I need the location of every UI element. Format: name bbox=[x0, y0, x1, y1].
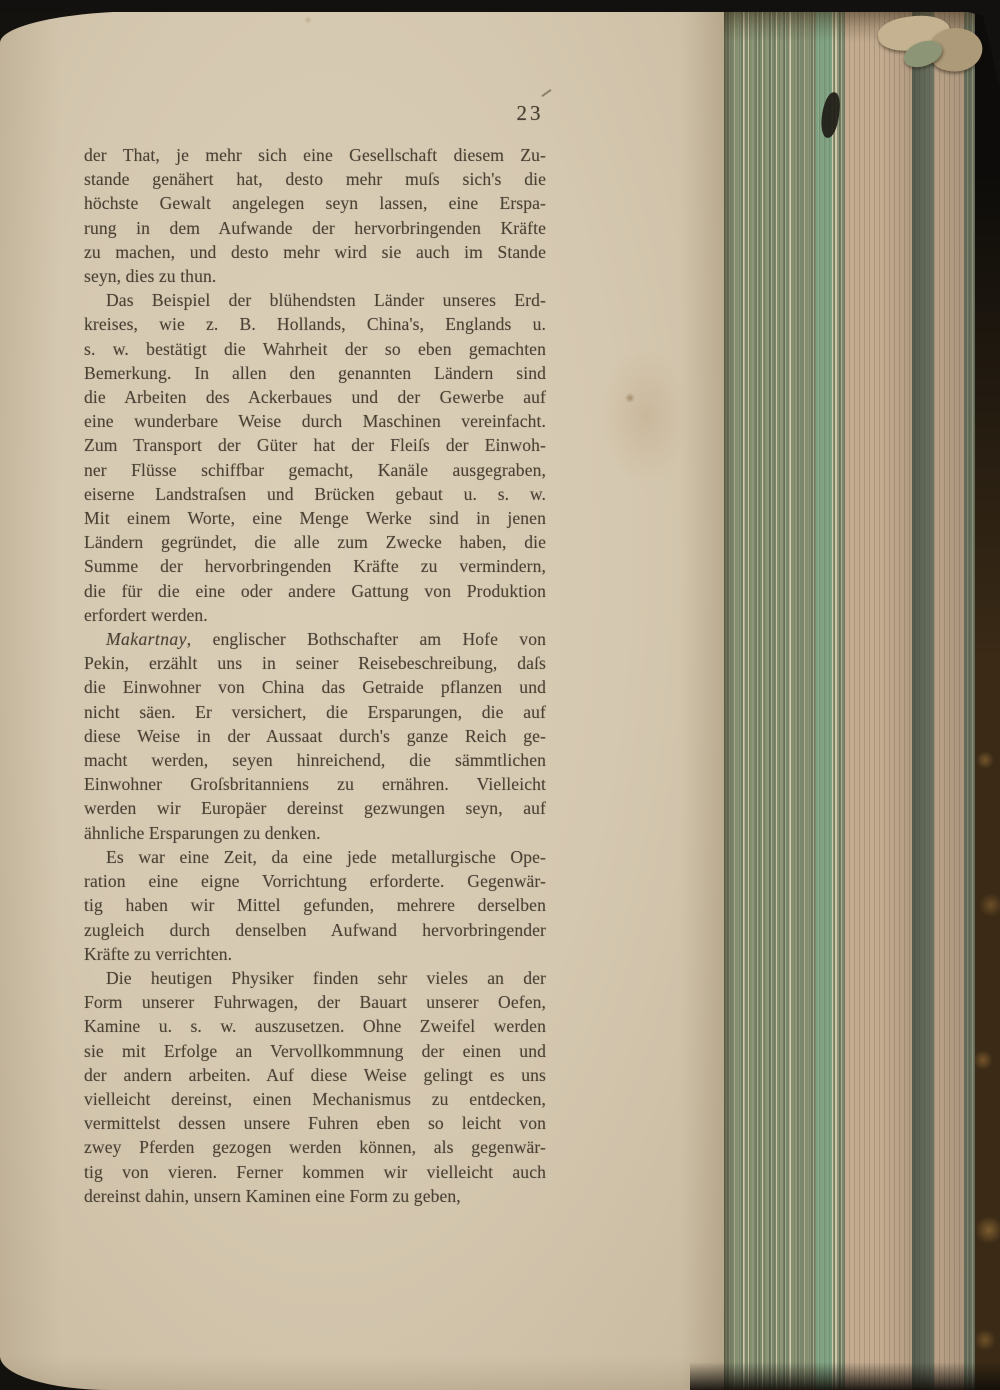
text-line: s. w. bestätigt die Wahrheit der so eben… bbox=[84, 337, 546, 361]
text-line: Ländern gegründet, die alle zum Zwecke h… bbox=[84, 530, 546, 554]
text-line: eine wunderbare Weise durch Maschinen ve… bbox=[84, 409, 546, 433]
text-line: rung in dem Aufwande der hervorbringende… bbox=[84, 216, 546, 240]
book-scan: 23 der That, je mehr sich eine Gesellsch… bbox=[0, 0, 1000, 1390]
text-line: ration eine eigne Vorrichtung erforderte… bbox=[84, 869, 546, 893]
text-line: vermittelst dessen unsere Fuhren eben so… bbox=[84, 1111, 546, 1135]
text-line: stande genähert hat, desto mehr muſs sic… bbox=[84, 167, 546, 191]
text-line: ner Flüsse schiffbar gemacht, Kanäle aus… bbox=[84, 458, 546, 482]
text-line: zugleich durch denselben Aufwand hervorb… bbox=[84, 918, 546, 942]
text-line: Das Beispiel der blühendsten Länder unse… bbox=[84, 288, 546, 312]
text-line: Form unserer Fuhrwagen, der Bauart unser… bbox=[84, 990, 546, 1014]
text-line: Pekin, erzählt uns in seiner Reisebeschr… bbox=[84, 651, 546, 675]
text-line: macht werden, seyen hinreichend, die säm… bbox=[84, 748, 546, 772]
text-line: kreises, wie z. B. Hollands, China's, En… bbox=[84, 312, 546, 336]
text-line: werden wir Europäer dereinst gezwungen s… bbox=[84, 796, 546, 820]
text-line: die Arbeiten des Ackerbaues und der Gewe… bbox=[84, 385, 546, 409]
text-line: die Einwohner von China das Getraide pfl… bbox=[84, 675, 546, 699]
text-line: Mit einem Worte, eine Menge Werke sind i… bbox=[84, 506, 546, 530]
text-line: seyn, dies zu thun. bbox=[84, 264, 546, 288]
text-line: der That, je mehr sich eine Gesellschaft… bbox=[84, 143, 546, 167]
page-number: 23 bbox=[504, 101, 556, 126]
text-line: vielleicht dereinst, einen Mechanismus z… bbox=[84, 1087, 546, 1111]
text-line: der andern arbeiten. Auf diese Weise gel… bbox=[84, 1063, 546, 1087]
text-line: tig haben wir Mittel gefunden, mehrere d… bbox=[84, 893, 546, 917]
text-line: ähnliche Ersparungen zu denken. bbox=[84, 821, 546, 845]
book-fore-edge-pages bbox=[724, 8, 1000, 1390]
text-line: Einwohner Groſsbritanniens zu ernähren. … bbox=[84, 772, 546, 796]
text-line: zu machen, und desto mehr wird sie auch … bbox=[84, 240, 546, 264]
text-line: diese Weise in der Aussaat durch's ganze… bbox=[84, 724, 546, 748]
text-line: erfordert werden. bbox=[84, 603, 546, 627]
bottom-edge-shadow bbox=[690, 1362, 1000, 1390]
text-line: Es war eine Zeit, da eine jede metallurg… bbox=[84, 845, 546, 869]
page-text-block: der That, je mehr sich eine Gesellschaft… bbox=[84, 143, 546, 1208]
text-line: Kamine u. s. w. auszusetzen. Ohne Zweife… bbox=[84, 1014, 546, 1038]
text-line: nicht säen. Er versichert, die Ersparung… bbox=[84, 700, 546, 724]
top-edge-shadow bbox=[0, 0, 1000, 12]
text-line: Zum Transport der Güter hat der Fleiſs d… bbox=[84, 433, 546, 457]
book-cover-leather-edge bbox=[975, 0, 1000, 1390]
text-line: Kräfte zu verrichten. bbox=[84, 942, 546, 966]
text-line: Bemerkung. In allen den genannten Länder… bbox=[84, 361, 546, 385]
text-line: zwey Pferden gezogen werden können, als … bbox=[84, 1135, 546, 1159]
text-line: sie mit Erfolge an Vervollkommnung der e… bbox=[84, 1039, 546, 1063]
text-line: Summe der hervorbringenden Kräfte zu ver… bbox=[84, 554, 546, 578]
text-line: tig von vieren. Ferner kommen wir vielle… bbox=[84, 1160, 546, 1184]
text-line: Die heutigen Physiker finden sehr vieles… bbox=[84, 966, 546, 990]
text-line: die für die eine oder andere Gattung von… bbox=[84, 579, 546, 603]
italic-proper-name: Makartnay bbox=[106, 629, 187, 649]
text-line: Makartnay, englischer Bothschafter am Ho… bbox=[84, 627, 546, 651]
text-line: eiserne Landstraſsen und Brücken gebaut … bbox=[84, 482, 546, 506]
text-line: höchste Gewalt angelegen seyn lassen, ei… bbox=[84, 191, 546, 215]
text-line: dereinst dahin, unsern Kaminen eine Form… bbox=[84, 1184, 546, 1208]
